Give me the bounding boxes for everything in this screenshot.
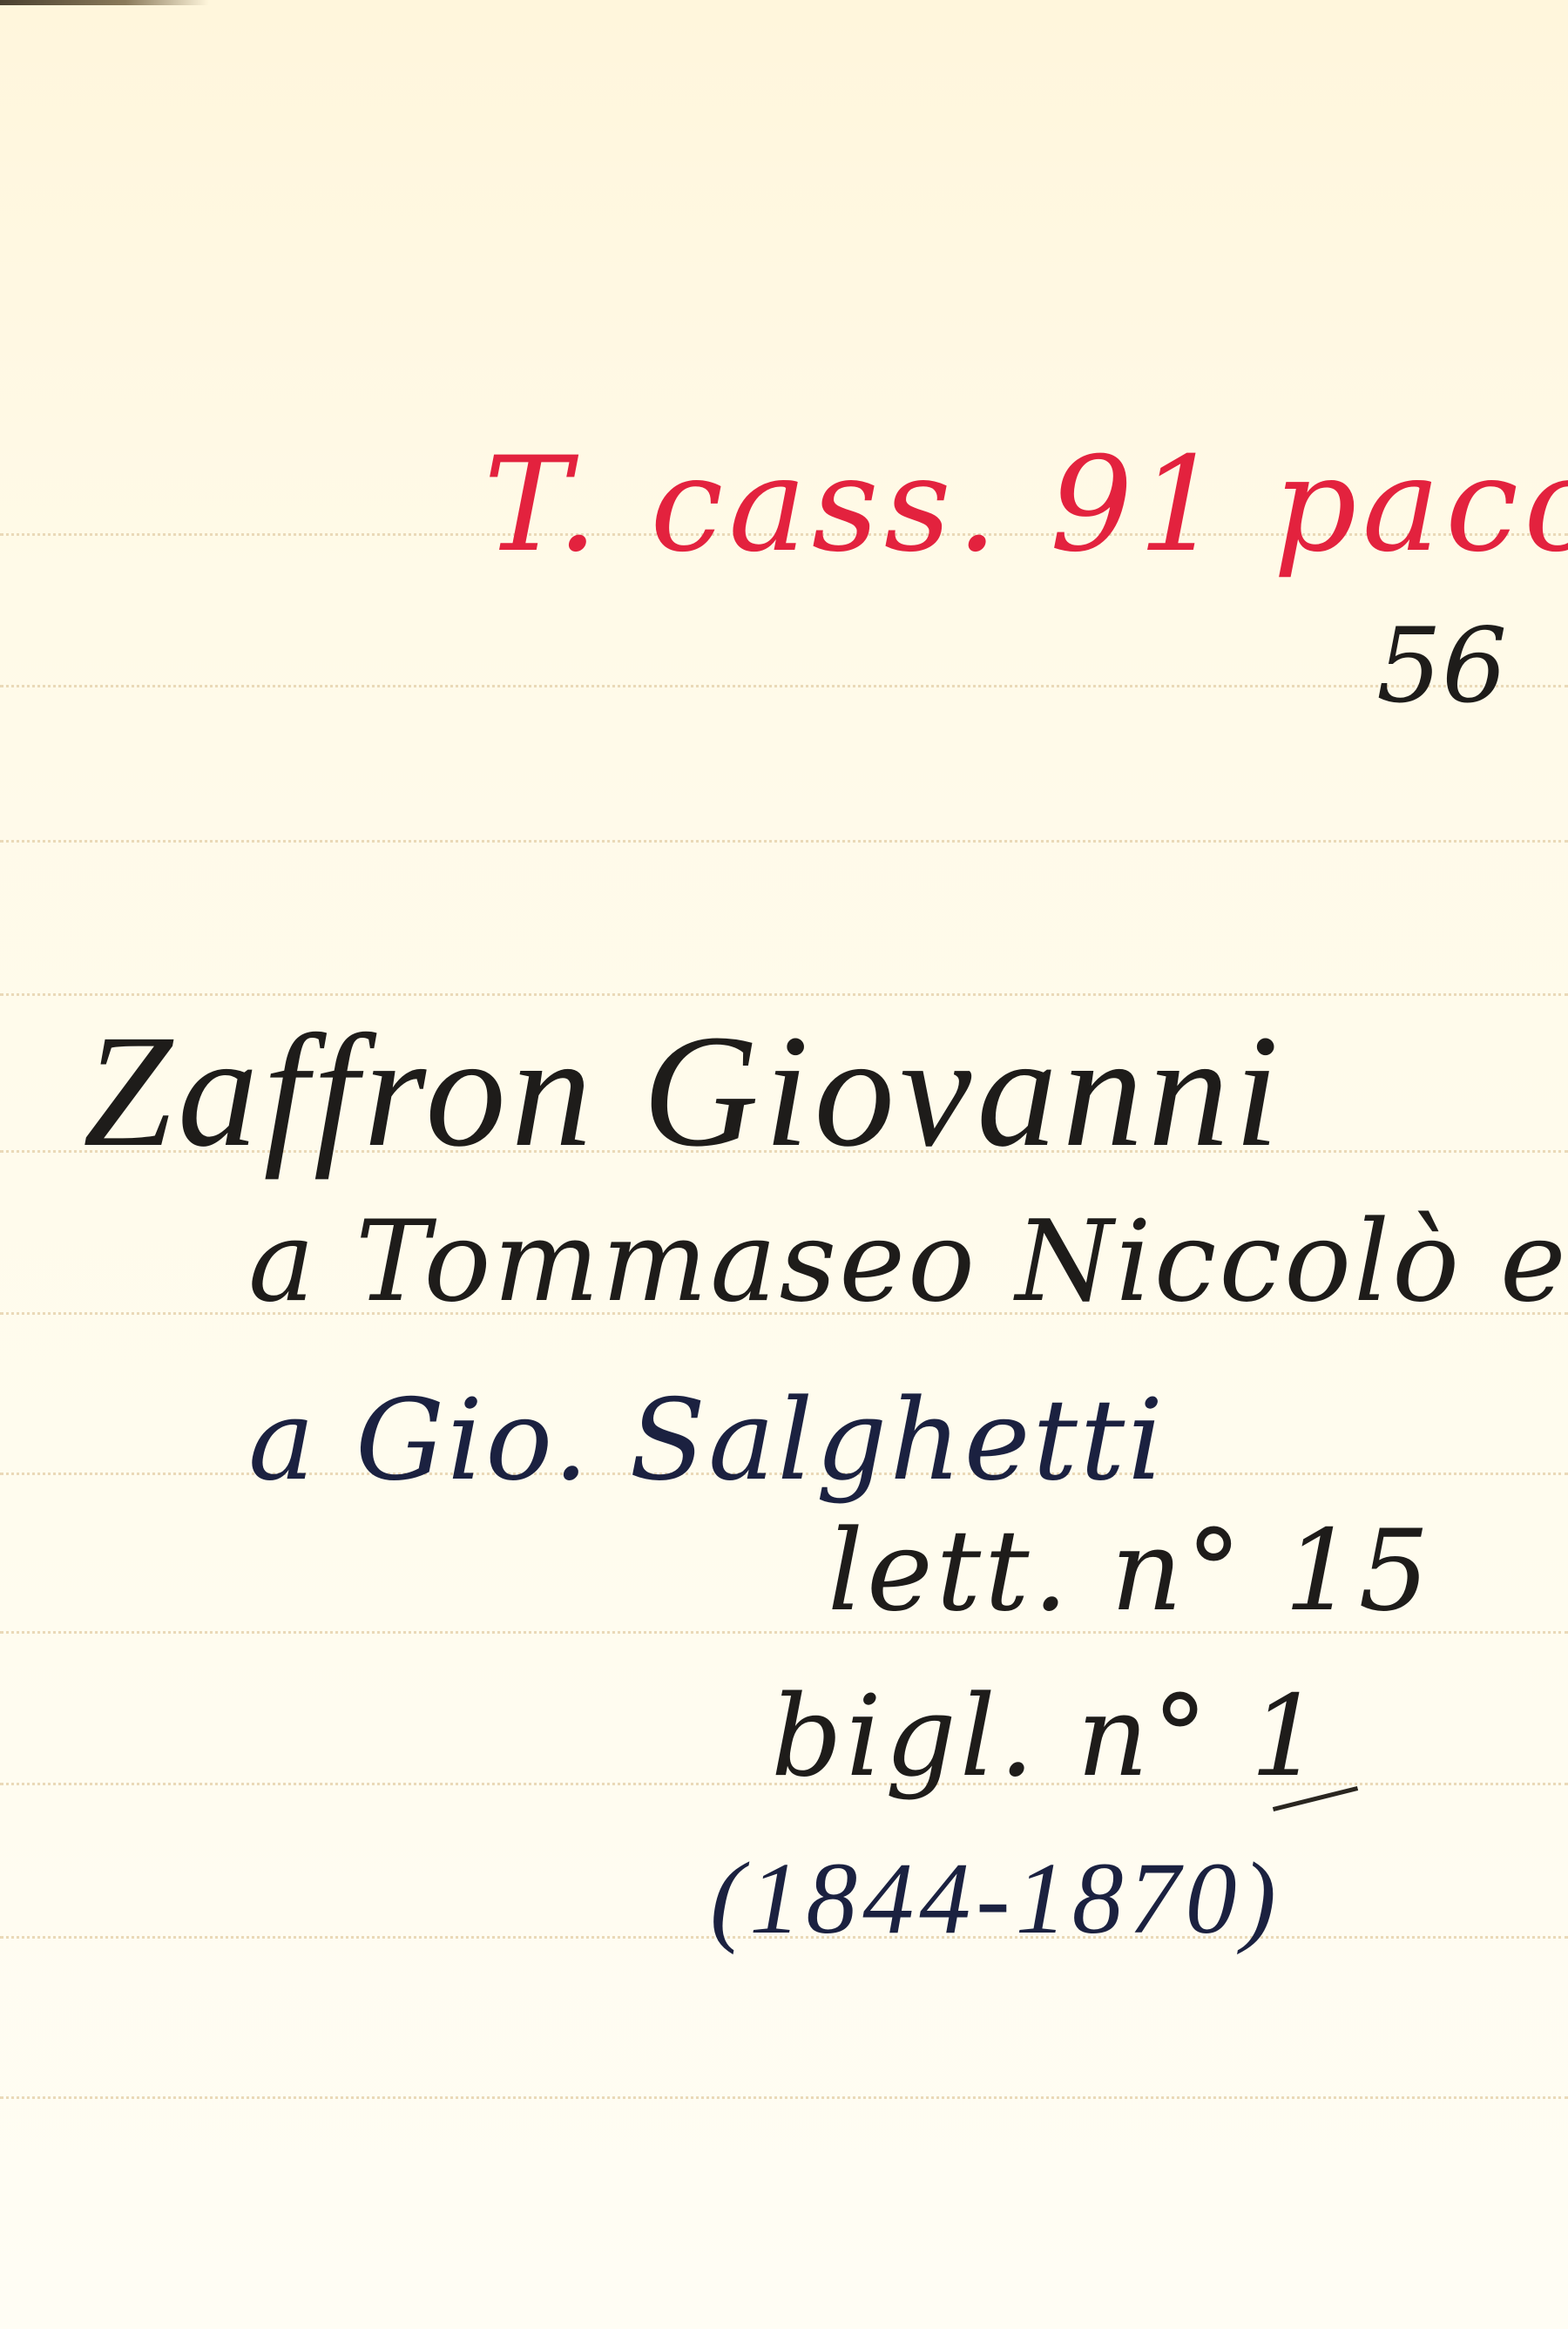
ruled-line [0, 840, 1568, 843]
notes-count: bigl. n° 1 [771, 1682, 1325, 1793]
recipients-line-2: a Gio. Salghetti [248, 1385, 1166, 1497]
index-card: T. cass. 91 paccio 145. 56 Zaffron Giova… [0, 0, 1568, 2329]
letters-count: lett. n° 15 [828, 1516, 1433, 1628]
date-range: (1844-1870) [710, 1847, 1281, 1950]
ruled-line [0, 2096, 1568, 2099]
recipients-line-1: a Tommaseo Niccolò e [248, 1207, 1568, 1318]
correspondent-name: Zaffron Giovanni [83, 1011, 1284, 1172]
card-top-edge-shadow [0, 0, 209, 5]
shelfmark-sub-number: 56 [1376, 614, 1507, 717]
ruled-line [0, 993, 1568, 996]
ruled-line [0, 685, 1568, 687]
shelfmark: T. cass. 91 paccio 145. [483, 440, 1568, 571]
